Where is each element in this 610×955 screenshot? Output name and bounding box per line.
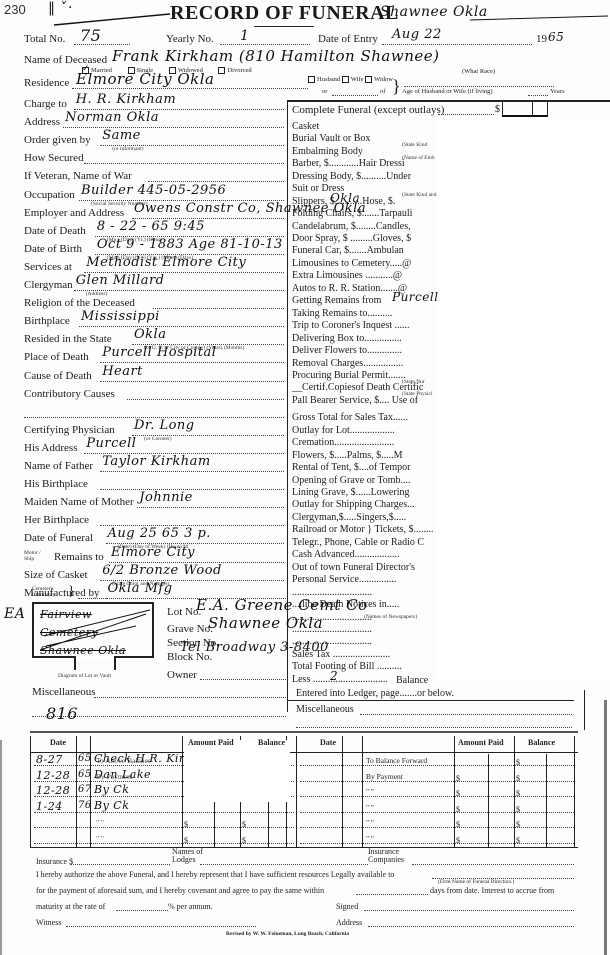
percent-text: % per annum.	[168, 902, 213, 911]
ledger-printed-label: To Balance Forward	[366, 756, 427, 765]
field-label: Date of Birth	[24, 243, 82, 255]
complete-funeral-amount[interactable]	[502, 101, 548, 117]
charge-item-label: Barber, $............Hair Dressi	[292, 158, 405, 169]
page-edge-left	[0, 740, 2, 955]
spouse-age-caption: Age of Husband or Wife (if living)	[402, 88, 493, 95]
charge-item[interactable]: Flowers, $.....Palms, $.....M	[292, 450, 436, 461]
field-value[interactable]: Glen Millard	[76, 273, 165, 288]
diagram-caption: Diagram of Lot or Vault	[58, 673, 111, 679]
charge-item-label: Deliver Flowers to..............	[292, 345, 402, 356]
charge-item-label: Extra Limousines ...........@	[292, 270, 402, 281]
field-value[interactable]: Same	[102, 128, 141, 143]
ledger-date[interactable]: 12-28	[36, 784, 70, 797]
dollar-sign: $	[516, 774, 520, 783]
dotted-line	[356, 894, 428, 895]
dollar-sign: $	[242, 820, 246, 829]
lot-field[interactable]: E.A. Greene Cemt Co	[196, 596, 368, 614]
ledger-row-line[interactable]	[300, 765, 574, 766]
charge-item[interactable]: Deliver Flowers to..............	[292, 345, 436, 356]
firm-caption: (Firm Name of Funeral Directors.)	[438, 879, 514, 885]
ledger-description[interactable]: Dan Lake	[94, 768, 151, 781]
ledger-year[interactable]: 65	[78, 753, 92, 764]
dollar-sign: $	[184, 836, 188, 845]
dotted-line	[200, 864, 368, 865]
field-label: Religion of the Deceased	[24, 297, 135, 309]
revised-credit: Revised by W. W. Feineman, Long Beach, C…	[226, 931, 349, 937]
misc-right-label: Miscellaneous	[296, 704, 354, 715]
dollar-sign: $	[516, 805, 520, 814]
field-value[interactable]: Mississippi	[81, 309, 160, 324]
charge-item[interactable]: Pall Bearer Service, $.... Use of	[292, 395, 436, 406]
address-label: Address	[336, 918, 362, 927]
field-value[interactable]: Oct 9 - 1883 Age 81-10-13	[97, 237, 283, 252]
authorize-text: I hereby authorize the above Funeral, an…	[36, 870, 394, 879]
year-field[interactable]: 65	[548, 30, 564, 44]
date-of-entry-field[interactable]: Aug 22	[392, 27, 442, 42]
charge-item-label: Cash Advanced..................	[292, 549, 400, 560]
dollar-sign: $	[516, 820, 520, 829]
ledger-date-header: Date	[50, 738, 66, 747]
field-value[interactable]: 6/2 Bronze Wood	[102, 563, 222, 578]
charge-item-label: Pall Bearer Service, $.... Use of	[292, 395, 418, 406]
charge-item-label: Flowers, $.....Palms, $.....M	[292, 450, 403, 461]
scribble-icon	[36, 606, 154, 654]
blank-region	[184, 740, 290, 802]
charge-item[interactable]: Total Footing of Bill ..........	[292, 661, 436, 672]
charge-item[interactable]: Railroad or Motor } Tickets, $........ A…	[292, 524, 436, 535]
field-label: Remains to	[54, 551, 104, 563]
charge-item-label: Lining Grave, $......Lowering	[292, 487, 409, 498]
ledger-printed-label: " "	[366, 818, 374, 827]
charge-item-label: Procuring Burial Permit.......	[292, 370, 406, 381]
field-label: How Secured	[24, 152, 84, 164]
charge-item-label: Getting Remains from	[292, 295, 381, 306]
ledger-printed-label: " "	[96, 834, 104, 843]
field-caption: (or Coroner)	[144, 436, 172, 442]
payment-text: for the payment of aforesaid sum, and I …	[36, 886, 324, 895]
dollar-sign: $	[516, 836, 520, 845]
dotted-line	[332, 95, 378, 96]
field-value[interactable]: Okla	[134, 327, 166, 342]
spouse-or: or	[322, 88, 327, 95]
field-label: Birthplace	[24, 315, 70, 327]
charge-item[interactable]: Candelabrum, $........Candles,	[292, 221, 436, 232]
total-no-label: Total No.	[24, 33, 65, 45]
charge-item-label: Personal Service...............	[292, 574, 396, 585]
charge-item[interactable]: Trip to Coroner's Inquest ......	[292, 320, 436, 331]
dotted-line	[220, 44, 310, 45]
field-label: Charge to	[24, 98, 67, 110]
misc-left-field[interactable]: 816	[46, 704, 78, 723]
field-value[interactable]: Builder 445-05-2956	[81, 183, 226, 198]
pen-stroke-icon	[470, 14, 610, 24]
charges-frame-top	[287, 100, 610, 102]
dollar-sign: $	[495, 104, 500, 115]
residence-label: Residence	[24, 77, 69, 89]
ledger-row-line[interactable]	[34, 843, 294, 844]
ledger-date-header: Date	[320, 738, 336, 747]
charge-item-label: Gross Total for Sales Tax......	[292, 412, 408, 423]
field-label: Address	[24, 116, 60, 128]
charge-item-label: Removal Charges................	[292, 358, 403, 369]
address-field	[368, 926, 574, 927]
field-label: Order given by	[24, 134, 91, 146]
ledger-balance-header: Balance	[258, 738, 285, 747]
ledger-printed-label: " "	[96, 818, 104, 827]
charge-item[interactable]: Folding Chairs, $.......Tarpauli	[292, 208, 436, 219]
charge-item[interactable]: Door Spray, $ .........Gloves, $	[292, 233, 436, 244]
blank-region	[436, 120, 610, 680]
dollar-sign: $	[516, 758, 520, 767]
field-value[interactable]: Johnnie	[139, 490, 193, 505]
charge-item-label: Telegr., Phone, Cable or Radio C	[292, 537, 424, 548]
misc-left-label: Miscellaneous	[32, 686, 96, 698]
dollar-sign: $	[242, 836, 246, 845]
charge-item[interactable]: Cash Advanced..................	[292, 549, 436, 560]
signature-field	[364, 910, 574, 911]
yearly-no-label: Yearly No.	[166, 33, 214, 45]
residence-field[interactable]: Elmore City Okla	[76, 70, 215, 88]
dotted-line	[153, 308, 284, 309]
cemetery-label: CemeteryCrematory	[32, 586, 56, 598]
ledger-row-line[interactable]	[34, 812, 294, 813]
race-caption: (What Race)	[462, 68, 495, 75]
insurance-label: Insurance $	[36, 857, 73, 866]
field-label: Certifying Physician	[24, 424, 115, 436]
charge-item-label: Dressing Body, $..........Under	[292, 171, 411, 182]
block-field[interactable]: Tel Broadway 3-8400	[180, 640, 329, 655]
ledger-amount-paid-header: Amount Paid	[458, 738, 504, 747]
dotted-line	[100, 381, 284, 382]
field-value[interactable]: Aug 25 65 3 p.	[108, 526, 211, 541]
ledger-year[interactable]: 76	[78, 800, 92, 811]
witness-field	[66, 926, 256, 927]
charge-item[interactable]: Funeral Car, $.......Ambulan	[292, 245, 436, 256]
spouse-checkboxes: Husband Wife Widow	[308, 76, 393, 83]
charge-item-label: Out of town Funeral Director's	[292, 562, 415, 573]
ledger-printed-label: By Payment	[366, 772, 403, 781]
dotted-line	[412, 864, 574, 865]
field-label: Employer and Address	[24, 207, 124, 219]
checkbox-wife[interactable]: Wife	[342, 76, 364, 83]
charge-item-label: Trip to Coroner's Inquest ......	[292, 320, 410, 331]
dotted-line	[94, 697, 286, 698]
charge-item[interactable]: Telegr., Phone, Cable or Radio C	[292, 537, 436, 548]
charge-item[interactable]: Outlay for Lot..................	[292, 425, 436, 436]
charge-item[interactable]: Clergyman,$.....Singers,$.....	[292, 512, 436, 523]
charge-item[interactable]: Out of town Funeral Director's	[292, 562, 436, 573]
field-value[interactable]: Norman Okla	[65, 110, 159, 125]
field-value[interactable]: Methodist Elmore City	[86, 255, 246, 270]
ledger-date[interactable]: 8-27	[36, 753, 63, 766]
page-title: RECORD OF FUNERAL	[170, 2, 399, 25]
charge-item-label: Rental of Tent, $....of Tempor	[292, 462, 411, 473]
field-label: Name of Father	[24, 460, 93, 472]
ledger-row-line[interactable]	[300, 781, 574, 782]
charge-item-label: Autos to R. R. Station.......@	[292, 283, 407, 294]
ledger-year[interactable]: 67	[78, 784, 92, 795]
dollar-sign: $	[456, 820, 460, 829]
dollar-sign: $	[456, 805, 460, 814]
dotted-line	[360, 714, 572, 715]
page-number: 230	[4, 2, 26, 17]
charge-item[interactable]: Slippers, $...........Hose, $.	[292, 196, 436, 207]
grave-label: Grave No.	[167, 623, 213, 635]
field-label: Size of Casket	[24, 569, 88, 581]
charge-item[interactable]: Lining Grave, $......Lowering	[292, 487, 436, 498]
charge-item[interactable]: Taking Remains to..........	[292, 308, 436, 319]
witness-label: Witness	[36, 918, 61, 927]
charge-item[interactable]: Personal Service...............	[292, 574, 436, 585]
title-underline	[254, 26, 314, 27]
charge-item[interactable]: Limousines to Cemetery.....@	[292, 258, 436, 269]
cents-divider	[532, 101, 533, 117]
signed-label: Signed	[336, 902, 358, 911]
ledger-description[interactable]: By Ck	[94, 783, 129, 796]
charge-item-label: Cremation........................	[292, 437, 394, 448]
field-value[interactable]: Heart	[102, 364, 143, 379]
charge-item-label: Outlay for Shipping Charges...	[292, 499, 415, 510]
charge-item-label: Casket	[292, 121, 319, 132]
dotted-line	[127, 399, 284, 400]
field-label: Services at	[24, 261, 72, 273]
total-no-field[interactable]: 75	[80, 26, 101, 45]
charge-item-label: Candelabrum, $........Candles,	[292, 221, 411, 232]
dotted-line	[148, 181, 284, 182]
charge-item-label: Clergyman,$.....Singers,$.....	[292, 512, 406, 523]
charge-item[interactable]: Opening of Grave or Tomb....	[292, 475, 436, 486]
cemetery-margin-note: EA	[4, 606, 25, 622]
dotted-line	[137, 507, 284, 508]
charge-item[interactable]: Casket	[292, 121, 436, 132]
charge-item-label: Delivering Box to...............	[292, 333, 402, 344]
ledger-printed-label: " "	[366, 787, 374, 796]
ledger-bottom-rule	[30, 847, 298, 848]
ledger-year[interactable]: 65	[78, 769, 92, 780]
charge-item-label: Less ..............................	[292, 674, 388, 685]
deceased-name-field[interactable]: Frank Kirkham (810 Hamilton Shawnee)	[112, 47, 439, 65]
dollar-sign: $	[456, 789, 460, 798]
motor-ship-label: Motor / Ship	[24, 550, 46, 562]
field-value[interactable]: Taylor Kirkham	[102, 454, 211, 469]
field-label: Occupation	[24, 189, 75, 201]
field-label: Her Birthplace	[24, 514, 89, 526]
ledger-row-line[interactable]	[300, 812, 574, 813]
dollar-sign: $	[456, 836, 460, 845]
date-of-entry-label: Date of Entry	[318, 33, 378, 45]
dotted-line	[70, 864, 170, 865]
charge-item-label: Outlay for Lot..................	[292, 425, 395, 436]
yearly-no-field[interactable]: 1	[240, 28, 249, 44]
charge-item-label: Limousines to Cemetery.....@	[292, 258, 411, 269]
ledger-label: Entered into Ledger, page.......or below…	[296, 688, 454, 699]
checkbox-widow[interactable]: Widow	[365, 76, 393, 83]
grave-field[interactable]: Shawnee Okla	[208, 614, 323, 632]
field-value[interactable]: Dr. Long	[134, 418, 195, 433]
dotted-line	[72, 88, 308, 89]
checkbox-divorced[interactable]: Divorced	[218, 67, 251, 74]
charge-item-value[interactable]: Okla	[330, 191, 360, 205]
field-label: His Address	[24, 442, 77, 454]
field-value[interactable]: Purcell Hospital	[102, 345, 216, 360]
ledger-row-line[interactable]	[300, 796, 574, 797]
dotted-line	[296, 727, 572, 728]
field-label: Date of Funeral	[24, 532, 93, 544]
ledger-cents-rule	[488, 754, 489, 847]
field-value[interactable]: Purcell	[86, 436, 136, 451]
dollar-sign: $	[516, 789, 520, 798]
dotted-line	[63, 127, 284, 128]
charge-item[interactable]: Barber, $............Hair Dressi	[292, 158, 436, 169]
ledger-date[interactable]: 1-24	[36, 800, 63, 813]
field-value[interactable]: Okla Mfg	[108, 581, 173, 596]
owner-label: Owner	[167, 669, 197, 681]
charge-item[interactable]: Cremation........................	[292, 437, 436, 448]
charge-item-label: Folding Chairs, $.......Tarpauli	[292, 208, 412, 219]
ledger-balance-header: Balance	[528, 738, 555, 747]
ledger-description[interactable]: By Ck	[94, 799, 129, 812]
dollar-sign: $	[184, 820, 188, 829]
brace: }	[392, 76, 401, 97]
insurance-companies-label: InsuranceCompanies	[368, 848, 404, 864]
days-text: days from date. Interest to accrue from	[430, 886, 554, 895]
dotted-line	[84, 163, 284, 164]
charge-item[interactable]: Delivering Box to...............	[292, 333, 436, 344]
ledger-row-line[interactable]	[300, 843, 574, 844]
dotted-line	[100, 362, 284, 363]
interest-rate-field	[116, 910, 168, 911]
funeral-record-page: 230 ‖ ˅· RECORD OF FUNERAL Shawnee Okla …	[0, 0, 610, 955]
dollar-sign: $	[456, 774, 460, 783]
charge-item[interactable]: Extra Limousines ...........@	[292, 270, 436, 281]
charge-item-label: Door Spray, $ .........Gloves, $	[292, 233, 411, 244]
dotted-line	[79, 326, 284, 327]
charge-item[interactable]: Rental of Tent, $....of Tempor	[292, 462, 436, 473]
checkbox-husband[interactable]: Husband	[308, 76, 340, 83]
dotted-line	[528, 95, 548, 96]
ledger-header-rule	[296, 752, 578, 753]
charge-item-label: Burial Vault or Box	[292, 133, 370, 144]
ledger-cents-rule	[546, 754, 547, 847]
dotted-line	[200, 679, 286, 680]
charge-item[interactable]: Removal Charges................	[292, 358, 436, 369]
right-edge-mark	[584, 690, 585, 730]
ledger-underline	[288, 700, 574, 701]
lodges-label: Names ofLodges	[172, 848, 203, 864]
balance-label: Balance	[396, 675, 428, 686]
field-label: Date of Death	[24, 225, 86, 237]
charge-item-caption: (Names of Newspapers)	[364, 614, 417, 620]
charge-item[interactable]: Gross Total for Sales Tax......	[292, 412, 436, 423]
charge-item-label: Total Footing of Bill ..........	[292, 661, 402, 672]
dotted-line	[100, 471, 284, 472]
field-label: Cause of Death	[24, 370, 92, 382]
field-label: Contributory Causes	[24, 388, 115, 400]
charge-item-label: Opening of Grave or Tomb....	[292, 475, 411, 486]
charge-item-value[interactable]: Purcell	[392, 290, 439, 304]
dotted-line	[404, 86, 554, 87]
field-label: Maiden Name of Mother	[24, 496, 134, 508]
dotted-line	[438, 114, 494, 115]
field-value[interactable]: Elmore City	[111, 545, 195, 560]
charge-item-value[interactable]: 2	[330, 669, 338, 683]
ledger-printed-label: " "	[366, 803, 374, 812]
ledger-section-divider	[30, 731, 578, 733]
ledger-bottom-rule	[296, 847, 578, 848]
ledger-amount-paid-header: Amount Paid	[188, 738, 234, 747]
spouse-of: of	[380, 88, 385, 95]
field-caption: (or informant)	[112, 146, 143, 152]
charge-item-label: Railroad or Motor } Tickets, $........ A…	[292, 524, 436, 535]
spouse-years-caption: Years	[550, 88, 565, 95]
year-prefix: 19	[536, 33, 547, 45]
brace: }	[68, 584, 75, 600]
charge-item-label: Funeral Car, $.......Ambulan	[292, 245, 404, 256]
charge-item[interactable]: Dressing Body, $..........Under	[292, 171, 436, 182]
charge-item-label: Embalming Body	[292, 146, 363, 157]
charge-item[interactable]: Outlay for Shipping Charges...	[292, 499, 436, 510]
ledger-printed-label: " "	[366, 834, 374, 843]
ledger-row-line[interactable]	[34, 827, 294, 828]
maturity-text: maturity at the rate of	[36, 902, 105, 911]
charge-item-label: Taking Remains to..........	[292, 308, 392, 319]
ledger-date[interactable]: 12-28	[36, 769, 70, 782]
field-value[interactable]: 8 - 22 - 65 9:45	[97, 219, 205, 234]
ledger-row-line[interactable]	[300, 827, 574, 828]
deceased-name-label: Name of Deceased	[24, 54, 107, 66]
field-label: His Birthplace	[24, 478, 88, 490]
dotted-line	[382, 44, 532, 45]
pen-stroke-icon	[52, 8, 172, 28]
field-label: Clergyman	[24, 279, 73, 291]
page-edge-right	[604, 700, 607, 955]
field-label: If Veteran, Name of War	[24, 170, 132, 182]
field-label: Resided in the State	[24, 333, 112, 345]
field-value[interactable]: H. R. Kirkham	[76, 92, 177, 107]
field-label: Place of Death	[24, 351, 89, 363]
